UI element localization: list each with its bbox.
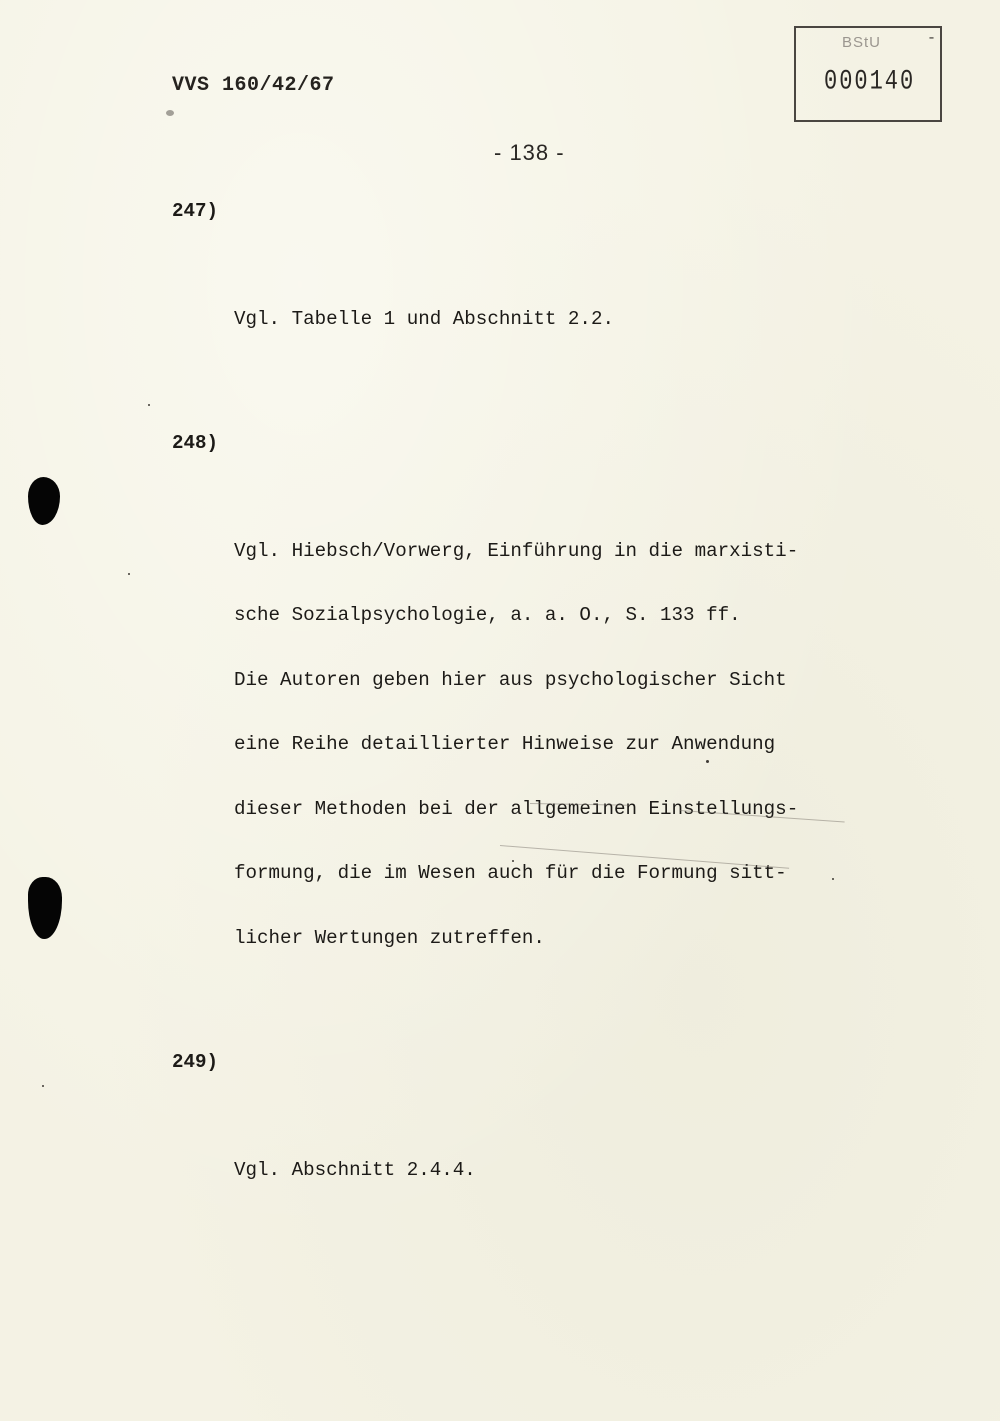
- stamp-page-number: 000140: [824, 66, 915, 97]
- paper-speck: [42, 1085, 44, 1087]
- footnote-line: Vgl. Abschnitt 2.4.4.: [234, 1160, 892, 1182]
- footnote-text: Vgl. Hiebsch/Vorwerg, Einführung in die …: [234, 498, 892, 993]
- footnote-line: eine Reihe detaillierter Hinweise zur An…: [234, 734, 892, 756]
- page-number: - 138 -: [494, 140, 565, 166]
- footnote-247: 247) Vgl. Tabelle 1 und Abschnitt 2.2.: [172, 201, 892, 416]
- ink-smudge: [166, 110, 174, 116]
- footnote-line: licher Wertungen zutreffen.: [234, 928, 892, 950]
- footnote-text: Vgl. Abschnitt 2.4.4.: [234, 1117, 892, 1225]
- footnote-line: Vgl. Tabelle 1 und Abschnitt 2.2.: [234, 309, 892, 331]
- paper-speck: [148, 404, 150, 406]
- footnote-line: formung, die im Wesen auch für die Formu…: [234, 863, 892, 885]
- stamp-label: BStU: [842, 34, 881, 51]
- footnote-number: 249): [172, 1052, 218, 1074]
- footnote-line: dieser Methoden bei der allgemeinen Eins…: [234, 799, 892, 821]
- footnote-line: sche Sozialpsychologie, a. a. O., S. 133…: [234, 605, 892, 627]
- footnote-number: 247): [172, 201, 218, 223]
- footnote-number: 248): [172, 433, 218, 455]
- paper-speck: [128, 573, 130, 575]
- paper-speck: [832, 878, 834, 880]
- footnotes: 247) Vgl. Tabelle 1 und Abschnitt 2.2. 2…: [172, 201, 892, 1284]
- stamp-dash: -: [927, 30, 936, 47]
- document-reference: VVS 160/42/67: [172, 74, 335, 97]
- footnote-248: 248) Vgl. Hiebsch/Vorwerg, Einführung in…: [172, 433, 892, 1035]
- punch-hole-top: [28, 477, 60, 525]
- footnote-text: Vgl. Tabelle 1 und Abschnitt 2.2.: [234, 266, 892, 374]
- footnote-line: Vgl. Hiebsch/Vorwerg, Einführung in die …: [234, 541, 892, 563]
- scanned-page: VVS 160/42/67 BStU - 000140 - 138 - 247)…: [0, 0, 1000, 1421]
- paper-speck: [512, 860, 514, 862]
- archive-stamp: BStU - 000140: [794, 26, 942, 122]
- paper-speck: [706, 760, 709, 763]
- footnote-249: 249) Vgl. Abschnitt 2.4.4.: [172, 1052, 892, 1267]
- punch-hole-bottom: [28, 877, 62, 939]
- footnote-line: Die Autoren geben hier aus psychologisch…: [234, 670, 892, 692]
